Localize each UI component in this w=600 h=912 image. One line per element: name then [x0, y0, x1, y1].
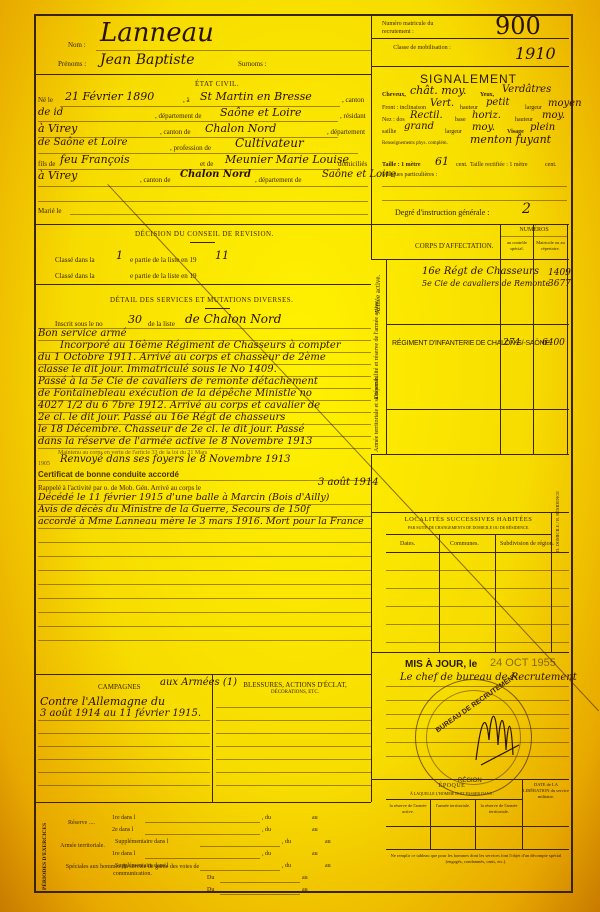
- canton3-value: Chalon Nord: [180, 169, 251, 180]
- periode-row-du: , du: [282, 863, 291, 869]
- et-de-label: et de: [200, 160, 213, 168]
- largeur2-label: largeur: [445, 129, 462, 135]
- campagne-line: 3 août 1914 au 11 février 1915.: [40, 708, 201, 719]
- largeur2-value: moy.: [472, 122, 495, 133]
- blessures-title: BLESSURES, ACTIONS D'ÉCLAT,: [220, 681, 370, 689]
- military-record-sheet: Nom : Lanneau Prénoms : Jean Baptiste Su…: [20, 14, 580, 896]
- renseignements-value: menton fuyant: [470, 133, 551, 146]
- base-label: base: [455, 117, 466, 123]
- localites-col-communes: Communes.: [450, 541, 479, 547]
- cheveux-value: chât. moy.: [410, 84, 467, 97]
- instruction-value: 2: [522, 201, 531, 217]
- fils-label: fils de: [38, 160, 55, 168]
- classe-partie-value: 1: [116, 249, 123, 262]
- domicile-value: à Virey: [38, 169, 77, 182]
- periode-row-label: Supplémentaire dans l: [115, 839, 168, 845]
- periode-row-label: Du: [207, 887, 214, 893]
- profession-value: Cultivateur: [235, 136, 304, 150]
- service-line: Bon service armé: [38, 328, 127, 339]
- campagne-line: Contre l'Allemagne du: [40, 695, 165, 708]
- inscrit-label: Inscrit sous le no: [55, 320, 103, 328]
- departement2-value: de Saône et Loire: [38, 137, 128, 148]
- base-value: horiz.: [472, 110, 501, 121]
- localites-side-header: D. DOMICILE / R. RÉSIDENCE: [555, 491, 560, 552]
- service-line: 2e cl. le dit jour. Passé au 16e Régt de…: [38, 412, 285, 423]
- periode-row-label: 1re dans l: [112, 851, 135, 857]
- mere-value: Meunier Marie Louise: [225, 153, 349, 166]
- prenoms-value: Jean Baptiste: [100, 52, 195, 68]
- numeros-col1-header: au contrôle spécial.: [501, 240, 533, 252]
- matricule-label: Numéro matricule du recrutement :: [382, 20, 462, 36]
- residant-value: à Virey: [38, 122, 77, 135]
- profession-label: , profession de: [170, 144, 211, 152]
- rappele-value: 3 août 1914: [318, 477, 379, 488]
- canton-label: , canton: [342, 96, 364, 104]
- periode-row-du: , du: [262, 815, 271, 821]
- corps-entry: 16e Régt de Chasseurs: [422, 266, 539, 277]
- maintenu-year: 1905: [38, 461, 50, 467]
- ne-le-label: Né le: [38, 96, 53, 104]
- periode-row-du: , du: [262, 851, 271, 857]
- periode-row-du: , du: [282, 839, 291, 845]
- hauteur-value: petit: [486, 97, 510, 108]
- classe-label: Classe de mobilisation :: [382, 44, 462, 52]
- marques-label: Marques particulières :: [382, 172, 437, 178]
- residant-label: , résidant: [340, 112, 366, 120]
- corps-affectation-title: CORPS D'AFFECTATION.: [415, 242, 494, 250]
- saillie-value: grand: [404, 121, 434, 132]
- periodes-side-label: PÉRIODES D'EXERCICES: [42, 823, 48, 890]
- service-line: 4027 1/2 du 6 7bre 1912. Arrivé au corps…: [38, 400, 320, 411]
- corps-matricule: 3677: [548, 279, 571, 289]
- services-title: DÉTAIL DES SERVICES ET MUTATIONS DIVERSE…: [110, 296, 293, 304]
- ne-le-value: 21 Février 1890: [65, 90, 154, 103]
- periode-row-au: au: [302, 875, 308, 881]
- etat-civil-title: ÉTAT CIVIL.: [195, 80, 239, 88]
- canton2-label: , canton de: [160, 128, 191, 136]
- surnoms-label: Surnoms :: [238, 60, 267, 68]
- a-label: , à: [183, 96, 190, 104]
- epoque-note: Ne remplir ce tableau que pour les homme…: [386, 853, 566, 865]
- nez-label: Nez : dos: [382, 117, 405, 123]
- corps-controle: 274: [503, 338, 520, 348]
- numeros-col2-header: Matricule ou au répertoire.: [534, 240, 567, 252]
- service-line: du 1 Octobre 1911. Arrivé au corps et ch…: [38, 352, 326, 363]
- service-line: le 18 Décembre. Chasseur de 2e cl. le di…: [38, 424, 304, 435]
- classe-line2-label: Classé dans la: [55, 272, 95, 280]
- periode-row-du: , du: [262, 827, 271, 833]
- mis-a-jour-label: MIS À JOUR, le: [405, 659, 477, 670]
- service-line: Incorporé au 16ème Régiment de Chasseurs…: [60, 340, 341, 351]
- rappele-label: Rappelé à l'activité par o. de Mob. Gén.…: [38, 484, 201, 492]
- renvoye-line: Renvoyé dans ses foyers le 8 Novembre 19…: [60, 454, 291, 465]
- epoque-col2: l'armée territoriale.: [431, 803, 475, 809]
- departement1-label: , département de: [155, 112, 201, 120]
- periode-row-au: au: [312, 815, 318, 821]
- largeur-value: moyen: [548, 98, 582, 109]
- mis-a-jour-date: 24 OCT 1955: [490, 657, 556, 669]
- periode-row-label: 2e dans l: [112, 827, 133, 833]
- taille-label: Taille : 1 mètre: [382, 162, 421, 168]
- nez-value: Rectil.: [410, 110, 443, 121]
- domicilies-label: domiciliés: [338, 160, 367, 168]
- service-line: dans la réserve de l'armée active le 8 N…: [38, 436, 312, 447]
- prenoms-label: Prénoms :: [58, 60, 86, 68]
- epoque-col1: la réserve de l'armée active.: [386, 803, 430, 815]
- classe-line2-mid: e partie de la liste en 19: [130, 272, 196, 280]
- liste-label: de la liste: [148, 320, 175, 328]
- service-line: classe le dit jour. Immatriculé sous le …: [38, 364, 277, 375]
- saillie-label: saillie: [382, 129, 396, 135]
- reserve-label: Réserve ....: [68, 820, 95, 826]
- taille-rectifiee-label: Taille rectifiée : 1 mètre: [470, 162, 528, 168]
- periode-row-au: au: [312, 851, 318, 857]
- largeur-label: largeur: [525, 105, 542, 111]
- canton3-label: , canton de: [140, 176, 171, 184]
- periode-row-au: au: [325, 863, 331, 869]
- departement2-label: , département: [327, 128, 365, 136]
- service-line: de Fontainebleau exécution de la dépêche…: [38, 388, 312, 399]
- classe-line1-mid: e partie de la liste en 19: [130, 256, 196, 264]
- corps-entry: RÉGIMENT D'INFANTERIE DE CHALON-S/-SAÔNE: [392, 340, 549, 347]
- date-liberation-header: DATE de LA LIBÉRATION du service militai…: [523, 782, 569, 800]
- visage-value: plein: [530, 122, 555, 133]
- corps-matricule: 6400: [542, 338, 565, 348]
- localites-col-dates: Dates.: [400, 541, 415, 547]
- localites-col-subdivision: Subdivision de région.: [500, 541, 554, 547]
- localites-subtitle: PAR SUITE DE CHANGEMENTS DE DOMICILE OU …: [386, 525, 551, 530]
- epoque-subtitle: À LAQUELLE L'HOMME DOIT PASSER DANS :: [386, 791, 518, 796]
- corps-entry: 5e Cie de cavaliers de Remonte: [422, 279, 550, 288]
- inscrit-no-value: 30: [128, 313, 142, 326]
- epoque-title: ÉPOQUE: [386, 783, 518, 789]
- periode-row-au: au: [302, 887, 308, 893]
- taille-value: 61: [435, 155, 449, 168]
- hauteur2-value: moy.: [542, 110, 565, 121]
- campagnes-title: CAMPAGNES: [98, 683, 141, 691]
- classe-year-value: 11: [215, 249, 229, 262]
- section-territoriale-label: Armée territoriale et sa réserve.: [374, 412, 380, 452]
- periode-row-label: 1re dans l: [112, 815, 135, 821]
- matricule-value: 900: [495, 12, 541, 40]
- departement3-label: , département de: [255, 176, 301, 184]
- cheveux-label: Cheveux,: [382, 92, 406, 98]
- certificat-label: Certificat de bonne conduite accordé: [38, 470, 179, 479]
- blessures-subtitle: DÉCORATIONS, ETC.: [220, 690, 370, 695]
- localites-title: LOCALITÉS SUCCESSIVES HABITÉES: [386, 516, 551, 523]
- epoque-col3: la réserve de l'armée territoriale.: [476, 803, 522, 815]
- canton1-value: de id: [38, 107, 63, 118]
- periode-row-au: au: [312, 827, 318, 833]
- canton2-value: Chalon Nord: [205, 122, 276, 135]
- signature-scribble-icon: [471, 700, 521, 770]
- cent2-label: cent.: [545, 162, 557, 168]
- yeux-value: Verdâtres: [502, 84, 551, 95]
- front-value: Vert.: [430, 98, 454, 109]
- numeros-title: NUMÉROS: [501, 227, 567, 233]
- classe-line1-label: Classé dans la: [55, 256, 95, 264]
- armee-territoriale-label: Armée territoriale.: [60, 843, 105, 850]
- periode-row-label: Supplémentaire dans l: [115, 863, 168, 869]
- deces-line: Décédé le 11 février 1915 d'une balle à …: [38, 492, 329, 503]
- cent-label: cent.: [456, 162, 468, 168]
- birthplace-value: St Martin en Bresse: [200, 90, 312, 103]
- periode-row-label: Du: [207, 875, 214, 881]
- nom-value: Lanneau: [100, 18, 214, 48]
- pere-value: feu François: [60, 153, 130, 166]
- deces-line: accordé à Mme Lanneau mère le 3 mars 191…: [38, 516, 364, 527]
- deces-line: Avis de décès du Ministre de la Guerre, …: [38, 504, 310, 515]
- service-line: Passé à la 5e Cie de cavaliers de remont…: [38, 376, 318, 387]
- renseignements-label: Renseignements phys. complém.: [382, 141, 448, 146]
- corps-matricule: 1409: [548, 268, 571, 278]
- marie-label: Marié le: [38, 207, 62, 215]
- nom-label: Nom :: [68, 41, 86, 49]
- classe-value: 1910: [515, 44, 556, 63]
- periode-row-au: au: [325, 839, 331, 845]
- departement1-value: Saône et Loire: [220, 106, 301, 119]
- instruction-label: Degré d'instruction générale :: [395, 208, 490, 217]
